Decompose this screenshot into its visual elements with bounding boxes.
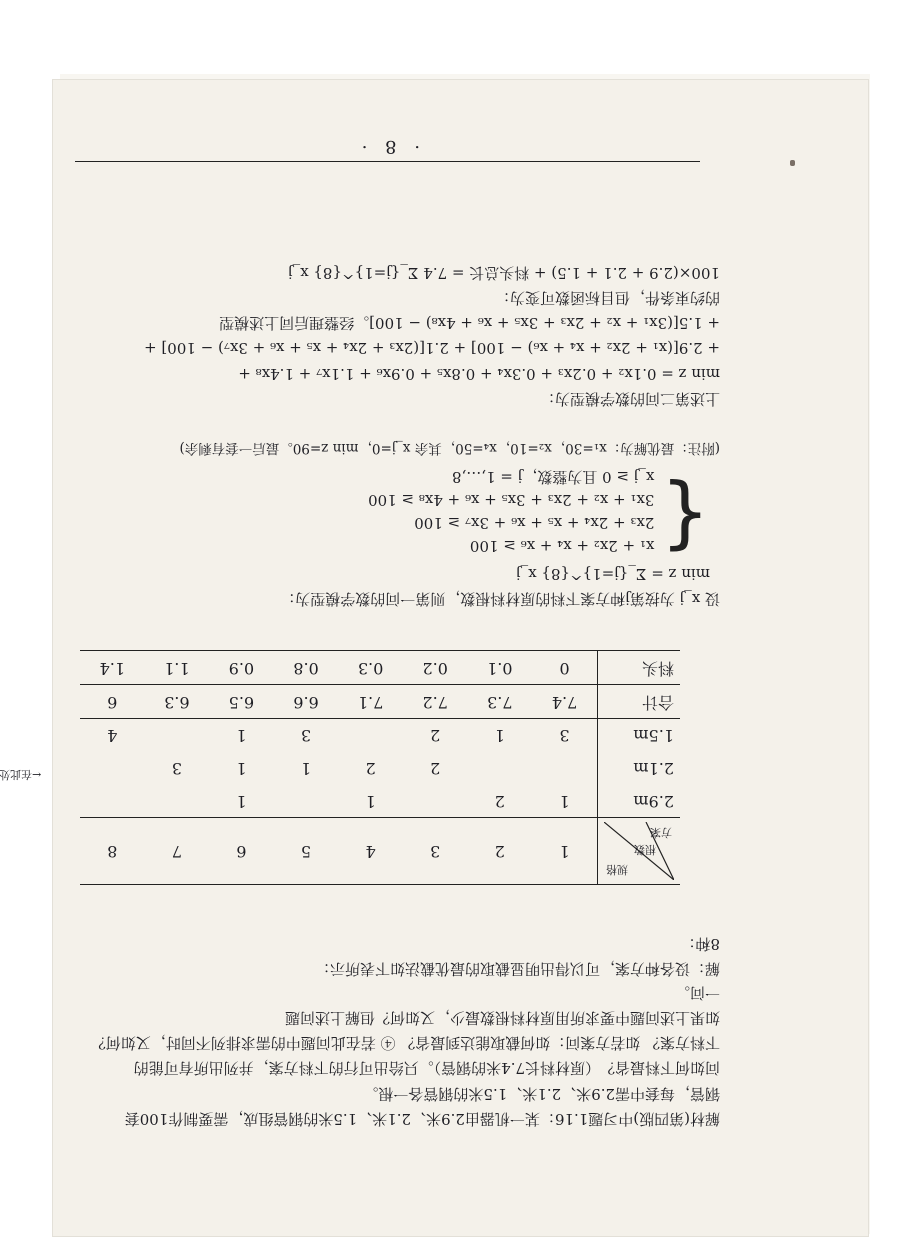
- cell: 2: [467, 784, 532, 817]
- problem-line: 下料方案？ 如若方案问：如何截取能达到最省？ ④ 若在此问题中的需求排列不同时，…: [60, 1031, 720, 1054]
- cell: 2: [338, 751, 403, 784]
- method-header: 6: [209, 818, 274, 885]
- constraint-system: { x₁ + 2x₂ + x₄ + x₆ ≥ 100 2x₃ + 2x₄ + x…: [60, 465, 710, 558]
- cell: 1.4: [80, 651, 145, 685]
- cell: 3: [532, 718, 597, 751]
- cell: 1: [338, 784, 403, 817]
- cell: 6: [80, 684, 145, 718]
- cell: 1: [532, 784, 597, 817]
- problem-line: 问如何下料最省？（原材料长7.4米的钢管）。只给出可行的下料方案，并列出所有可能…: [60, 1056, 720, 1079]
- corner-label-count: 根数: [634, 841, 656, 858]
- cell: [532, 751, 597, 784]
- cell: 0.9: [209, 651, 274, 685]
- cell: [338, 718, 403, 751]
- cell: 1.1: [145, 651, 210, 685]
- cell: 0: [532, 651, 597, 685]
- cell: 1: [209, 784, 274, 817]
- cell: 4: [80, 718, 145, 751]
- footer-rule: [75, 161, 700, 162]
- row-label: 合计: [598, 684, 681, 718]
- cell: [80, 784, 145, 817]
- problem-line: 一问。: [60, 981, 720, 1004]
- cell: 1: [209, 718, 274, 751]
- objective-line: 的约束条件，但目标函数可变为：: [60, 286, 720, 309]
- objective-line: + 2.9[(x₁ + 2x₂ + x₄ + x₆) − 100] + 2.1[…: [60, 336, 720, 359]
- method-header: 7: [145, 818, 210, 885]
- constraint: 3x₁ + x₂ + 2x₃ + 3x₅ + x₆ + 4x₈ ≥ 100: [368, 488, 654, 511]
- cell: 7.4: [532, 684, 597, 718]
- problem-line: 如果上述问题中要求所用原材料根数最少，又如何？但解上述问题: [60, 1006, 720, 1029]
- table-row: 2.9m 1 2 1 1: [80, 784, 680, 817]
- solution-line: 8种：: [60, 932, 720, 955]
- table-row: 合计 7.4 7.3 7.2 7.1 6.6 6.5 6.3 6: [80, 684, 680, 718]
- cell: 3: [274, 718, 339, 751]
- cutting-methods-table: 规格 根数 方案 1 2 3 4 5 6 7 8 2.9m 1 2 1: [80, 650, 680, 885]
- row-label: 2.1m: [598, 751, 681, 784]
- table-header-row: 规格 根数 方案 1 2 3 4 5 6 7 8: [80, 818, 680, 885]
- cell: 1: [209, 751, 274, 784]
- constraint: x_j ≥ 0 且为整数，j = 1,…,8: [368, 465, 654, 488]
- table-row: 1.5m 3 1 2 3 1 4: [80, 718, 680, 751]
- objective-line: + 1.5[(3x₁ + x₂ + 2x₃ + 3x₅ + x₆ + 4x₈) …: [60, 311, 720, 334]
- problem-line: 解材(第四版)中习题1.16：某一机器由2.9米、2.1米、1.5米的钢管组成，…: [60, 1107, 720, 1130]
- cell: 1: [274, 751, 339, 784]
- table-row: 2.1m 2 2 1 1 3: [80, 751, 680, 784]
- method-header: 3: [403, 818, 468, 885]
- cell: 6.6: [274, 684, 339, 718]
- method-header: 8: [80, 818, 145, 885]
- objective-function: min z = Σ_{j=1}^{8} x_j: [60, 562, 710, 585]
- table-row: 料头 0 0.1 0.2 0.3 0.8 0.9 1.1 1.4: [80, 651, 680, 685]
- cell: 0.1: [467, 651, 532, 685]
- cell: [467, 751, 532, 784]
- cell: 1: [467, 718, 532, 751]
- model-lead: 设 x_j 为按第j种方案下料的原材料根数，则第一问的数学模型为：: [60, 587, 720, 610]
- table-side-note: ←在此处为0。: [0, 766, 41, 783]
- method-header: 5: [274, 818, 339, 885]
- cell: 0.8: [274, 651, 339, 685]
- cell: 0.3: [338, 651, 403, 685]
- model-two: 上述第二问的数学模型为： min z = 0.1x₂ + 0.2x₃ + 0.3…: [60, 259, 720, 411]
- row-label: 2.9m: [598, 784, 681, 817]
- constraint: x₁ + 2x₂ + x₄ + x₆ ≥ 100: [368, 534, 654, 557]
- cell: [145, 718, 210, 751]
- cell: 6.3: [145, 684, 210, 718]
- solution-intro: 解：设各种方案，可以得出明显截取的最优截法如下表所示： 8种：: [60, 930, 720, 981]
- cell: 3: [145, 751, 210, 784]
- cell: 2: [403, 751, 468, 784]
- corner-label-spec: 规格: [606, 861, 628, 878]
- row-label: 1.5m: [598, 718, 681, 751]
- problem-line: 钢管，每套中需2.9米、2.1米、1.5米的钢管各一根。: [60, 1082, 720, 1105]
- cell: 0.2: [403, 651, 468, 685]
- method-header: 2: [467, 818, 532, 885]
- model-two-lead: 上述第二问的数学模型为：: [60, 387, 720, 410]
- solution-line: 解：设各种方案，可以得出明显截取的最优截法如下表所示：: [60, 957, 720, 980]
- objective-line: 100×(2.9 + 2.1 + 1.5) + 料头总长 = 7.4 Σ_{j=…: [60, 261, 720, 284]
- page-number: · 8 ·: [356, 132, 420, 160]
- constraint: 2x₃ + 2x₄ + x₅ + x₆ + 3x₇ ≥ 100: [368, 511, 654, 534]
- objective-line: min z = 0.1x₂ + 0.2x₃ + 0.3x₄ + 0.8x₅ + …: [60, 362, 720, 385]
- cell: 7.2: [403, 684, 468, 718]
- problem-statement: 解材(第四版)中习题1.16：某一机器由2.9米、2.1米、1.5米的钢管组成，…: [60, 979, 720, 1131]
- cell: 6.5: [209, 684, 274, 718]
- row-label: 料头: [598, 651, 681, 685]
- method-header: 1: [532, 818, 597, 885]
- cell: [80, 751, 145, 784]
- cell: 2: [403, 718, 468, 751]
- corner-label-method: 方案: [650, 824, 672, 841]
- cell: 7.3: [467, 684, 532, 718]
- page-content-rotated: 解材(第四版)中习题1.16：某一机器由2.9米、2.1米、1.5米的钢管组成，…: [60, 130, 720, 1130]
- left-brace-icon: {: [660, 465, 710, 558]
- scan-speck: [790, 160, 795, 166]
- cell: [145, 784, 210, 817]
- model-one: 设 x_j 为按第j种方案下料的原材料根数，则第一问的数学模型为： min z …: [60, 438, 720, 610]
- cell: [403, 784, 468, 817]
- solution-note: (附注：最优解为：x₁=30，x₂=10，x₄=50，其余 x_j=0，min …: [60, 438, 720, 459]
- cell: [274, 784, 339, 817]
- cell: 7.1: [338, 684, 403, 718]
- method-header: 4: [338, 818, 403, 885]
- diagonal-corner-cell: 规格 根数 方案: [598, 818, 681, 885]
